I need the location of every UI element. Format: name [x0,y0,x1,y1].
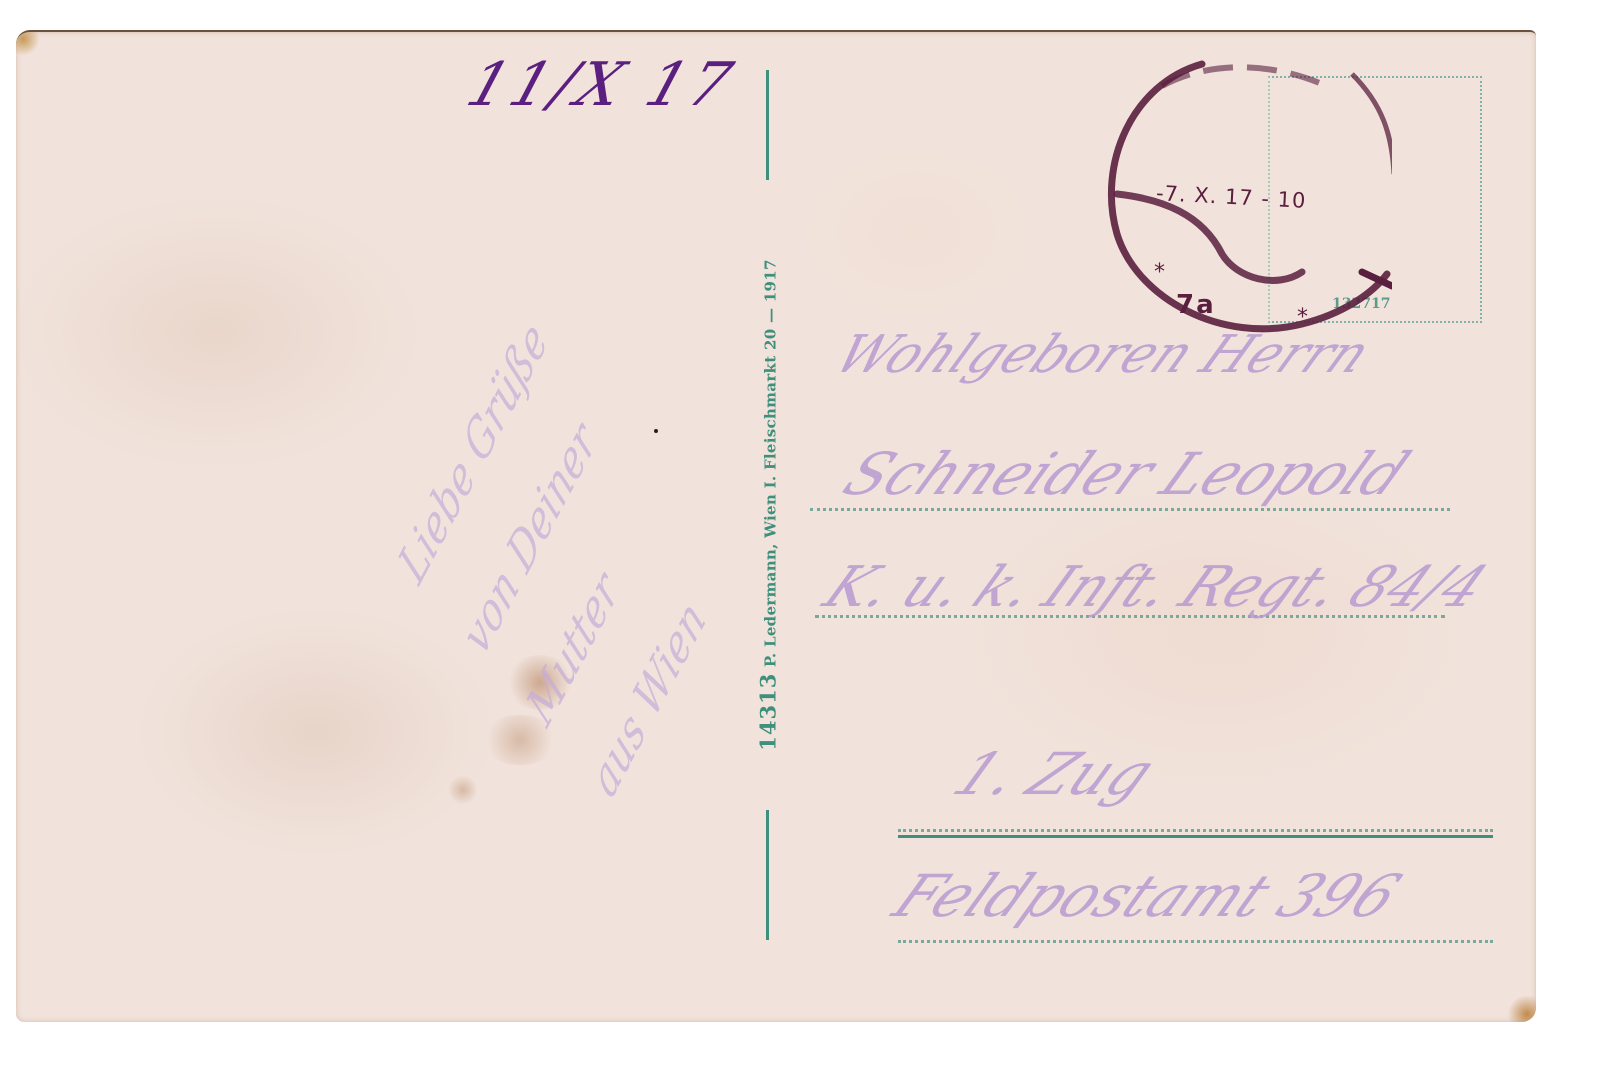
corner-wear [16,32,40,56]
address-line [898,829,1493,832]
address-line-text: Wohlgeboren Herrn [824,325,1381,385]
corner-wear [1506,996,1536,1022]
address-line-solid [898,835,1493,838]
postmark-icon: * * [1092,24,1392,334]
address-line-text: Feldpostamt 396 [882,862,1412,930]
svg-text:*: * [1154,260,1165,285]
divider-line-bottom [766,810,769,940]
address-line [898,940,1493,943]
address-line-text: K. u. k. Inft. Regt. 84/4 [813,555,1498,620]
address-line-text: Schneider Leopold [832,440,1421,508]
imprint-code: 14313 [756,673,781,751]
address-line [810,508,1450,511]
handwritten-date: 11/X 17 [459,50,744,120]
imprint-text: P. Ledermann, Wien I. Fleischmarkt 20 — … [762,259,780,672]
stain [448,775,478,805]
publisher-imprint: 14313 P. Ledermann, Wien I. Fleischmarkt… [756,259,781,751]
postmark-office: 7a [1176,290,1216,320]
divider-line-top [766,70,769,180]
address-line-text: 1. Zug [942,740,1167,808]
ink-dot [654,429,658,433]
